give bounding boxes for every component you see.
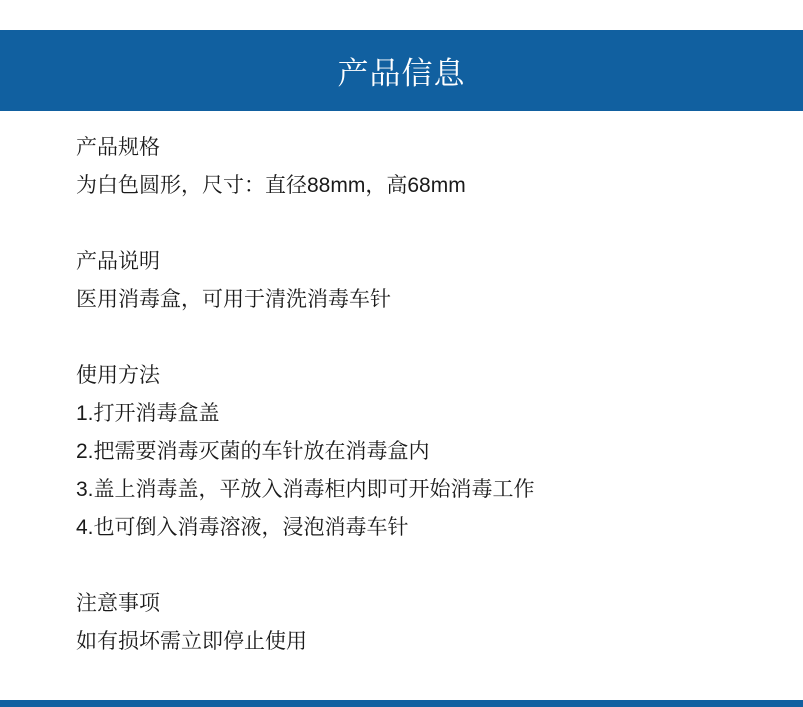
section-heading-product-description: 产品说明 (76, 243, 763, 281)
section-precautions: 注意事项 如有损坏需立即停止使用 (76, 585, 763, 661)
section-text-product-specs: 为白色圆形，尺寸：直径88mm，高68mm (76, 167, 763, 205)
page-title: 产品信息 (338, 48, 466, 93)
section-usage-method: 使用方法 1.打开消毒盒盖 2.把需要消毒灭菌的车针放在消毒盒内 3.盖上消毒盖… (76, 357, 763, 547)
page-header: 产品信息 (0, 30, 803, 111)
usage-step-2: 2.把需要消毒灭菌的车针放在消毒盒内 (76, 433, 763, 471)
section-text-product-description: 医用消毒盒，可用于清洗消毒车针 (76, 281, 763, 319)
section-product-description: 产品说明 医用消毒盒，可用于清洗消毒车针 (76, 243, 763, 319)
section-text-precautions: 如有损坏需立即停止使用 (76, 623, 763, 661)
footer-bar (0, 700, 803, 707)
section-heading-usage-method: 使用方法 (76, 357, 763, 395)
product-info-content: 产品规格 为白色圆形，尺寸：直径88mm，高68mm 产品说明 医用消毒盒，可用… (76, 129, 763, 661)
product-info-page: 产品信息 产品规格 为白色圆形，尺寸：直径88mm，高68mm 产品说明 医用消… (0, 0, 803, 707)
section-heading-precautions: 注意事项 (76, 585, 763, 623)
section-product-specs: 产品规格 为白色圆形，尺寸：直径88mm，高68mm (76, 129, 763, 205)
usage-step-4: 4.也可倒入消毒溶液，浸泡消毒车针 (76, 509, 763, 547)
usage-step-1: 1.打开消毒盒盖 (76, 395, 763, 433)
usage-step-3: 3.盖上消毒盖，平放入消毒柜内即可开始消毒工作 (76, 471, 763, 509)
section-heading-product-specs: 产品规格 (76, 129, 763, 167)
